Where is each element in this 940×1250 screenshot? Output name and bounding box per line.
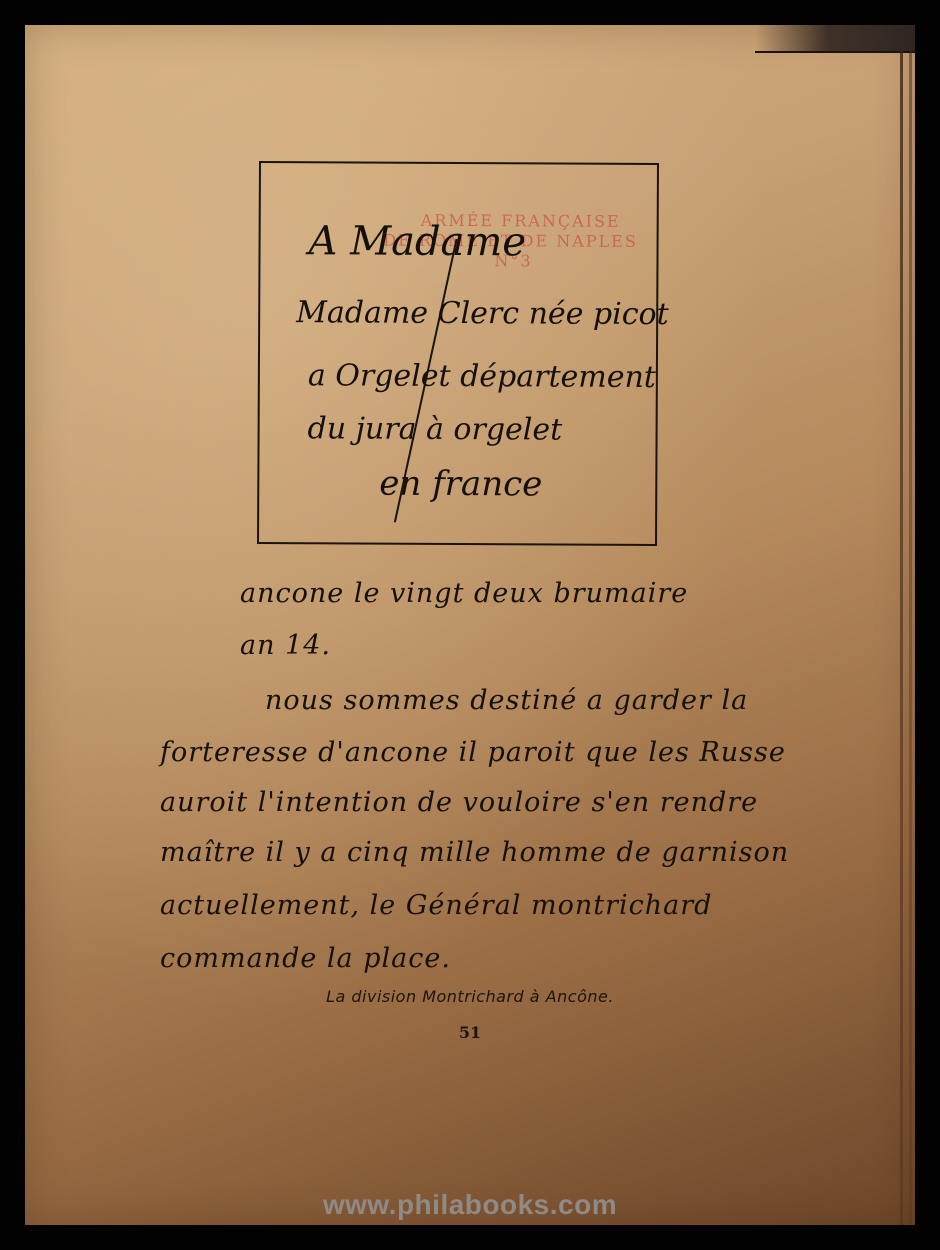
figure-caption: La division Montrichard à Ancône. — [25, 987, 915, 1006]
letter-line: actuellement, le Général montrichard — [160, 890, 712, 921]
page-edge-line — [909, 51, 912, 1225]
letter-line: ancone le vingt deux brumaire — [240, 578, 688, 609]
address-line: du jura à orgelet — [308, 411, 563, 447]
watermark: www.philabooks.com — [25, 1189, 915, 1221]
envelope-facsimile: ARMÉE FRANÇAISE DE ROME ET DE NAPLES N°3… — [257, 161, 659, 546]
page-number: 51 — [25, 1023, 915, 1042]
book-page: ARMÉE FRANÇAISE DE ROME ET DE NAPLES N°3… — [25, 25, 915, 1225]
letter-line: commande la place. — [160, 943, 451, 974]
address-line: A Madame — [308, 218, 526, 265]
letter-line: auroit l'intention de vouloire s'en rend… — [160, 787, 758, 818]
address-line: en france — [379, 464, 542, 505]
letter-line: nous sommes destiné a garder la — [265, 685, 748, 716]
address-line: a Orgelet département — [308, 358, 656, 395]
page-edge-line — [900, 51, 903, 1225]
letter-line: an 14. — [240, 630, 331, 661]
page-top-edge-shadow — [755, 25, 915, 53]
letter-line: maître il y a cinq mille homme de garnis… — [160, 837, 789, 868]
photo-frame: ARMÉE FRANÇAISE DE ROME ET DE NAPLES N°3… — [0, 0, 940, 1250]
letter-line: forteresse d'ancone il paroit que les Ru… — [160, 737, 786, 768]
address-line: Madame Clerc née picot — [296, 295, 669, 332]
